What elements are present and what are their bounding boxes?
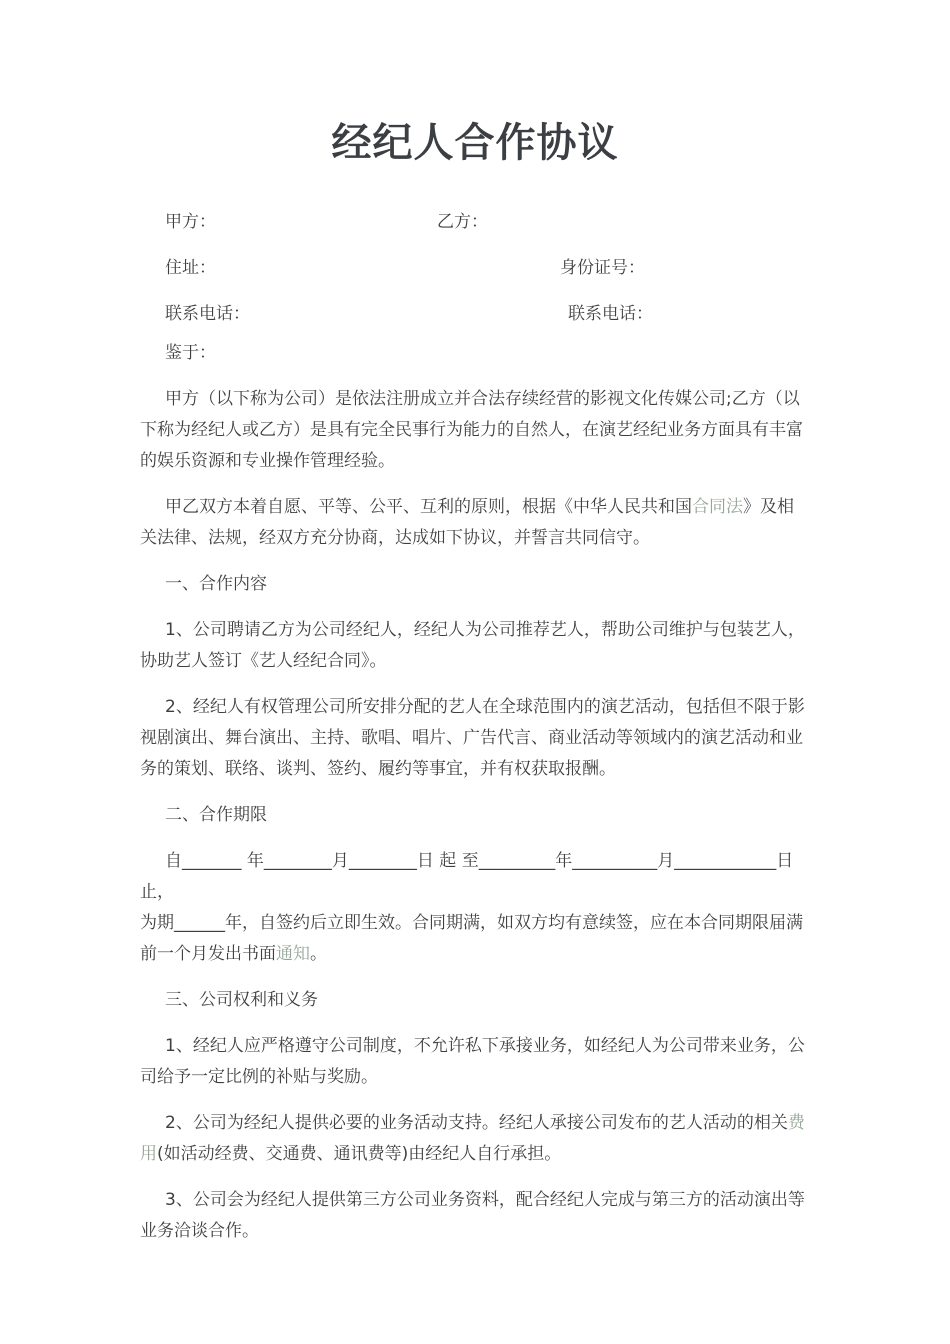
- phone-a-label: 联系电话：: [165, 299, 250, 324]
- section-3-item-3: 3、公司会为经纪人提供第三方公司业务资料，配合经纪人完成与第三方的活动演出等业务…: [140, 1185, 808, 1247]
- notice-keyword-link[interactable]: 通知: [276, 944, 310, 964]
- party-a-label: 甲方：: [165, 207, 216, 232]
- section-3-item-2: 2、公司为经纪人提供必要的业务活动支持。经纪人承接公司发布的艺人活动的相关费用(…: [140, 1108, 808, 1170]
- term-renewal-period: 。: [310, 944, 327, 964]
- phone-row: 联系电话： 联系电话：: [140, 290, 808, 336]
- term-dates-line: 自_______ 年________月________日 起 至________…: [140, 846, 808, 908]
- address-label: 住址：: [165, 253, 216, 278]
- id-number-label: 身份证号：: [560, 253, 645, 278]
- section-3-heading: 三、公司权利和义务: [140, 985, 808, 1016]
- term-renewal-line: 前一个月发出书面通知。: [140, 939, 808, 970]
- section-2-heading: 二、合作期限: [140, 800, 808, 831]
- section-1-item-2: 2、经纪人有权管理公司所安排分配的艺人在全球范围内的演艺活动，包括但不限于影视剧…: [140, 692, 808, 785]
- document-content: 甲方： 乙方： 住址： 身份证号： 联系电话： 联系电话： 鉴于： 甲方（以下称…: [0, 198, 950, 1247]
- section-1-item-1: 1、公司聘请乙方为公司经纪人，经纪人为公司推荐艺人，帮助公司维护与包装艺人，协助…: [140, 615, 808, 677]
- item-2-text-post: (如活动经费、交通费、通讯费等)由经纪人自行承担。: [157, 1144, 561, 1164]
- term-renewal-text: 前一个月发出书面: [140, 944, 276, 964]
- page-title: 经纪人合作协议: [0, 0, 950, 172]
- principles-text-pre: 甲乙双方本着自愿、平等、公平、互利的原则，根据《中华人民共和国: [165, 497, 692, 517]
- phone-b-label: 联系电话：: [568, 299, 653, 324]
- contract-law-keyword-link[interactable]: 合同法: [692, 497, 743, 517]
- address-id-row: 住址： 身份证号：: [140, 244, 808, 290]
- section-2-term-paragraph: 自_______ 年________月________日 起 至________…: [140, 846, 808, 970]
- term-duration-line: 为期______年，自签约后立即生效。合同期满，如双方均有意续签，应在本合同期限…: [140, 908, 808, 939]
- principles-paragraph: 甲乙双方本着自愿、平等、公平、互利的原则，根据《中华人民共和国合同法》及相关法律…: [140, 492, 808, 554]
- recital-paragraph: 甲方（以下称为公司）是依法注册成立并合法存续经营的影视文化传媒公司;乙方（以下称…: [140, 384, 808, 477]
- whereas-label: 鉴于：: [140, 338, 808, 369]
- section-3-item-1: 1、经纪人应严格遵守公司制度，不允许私下承接业务，如经纪人为公司带来业务，公司给…: [140, 1031, 808, 1093]
- party-info-block: 甲方： 乙方： 住址： 身份证号： 联系电话： 联系电话：: [140, 198, 808, 336]
- party-name-row: 甲方： 乙方：: [140, 198, 808, 244]
- item-2-text-pre: 2、公司为经纪人提供必要的业务活动支持。经纪人承接公司发布的艺人活动的相关: [165, 1113, 788, 1133]
- section-1-heading: 一、合作内容: [140, 569, 808, 600]
- document-page: 经纪人合作协议 甲方： 乙方： 住址： 身份证号： 联系电话： 联系电话： 鉴于…: [0, 0, 950, 1344]
- party-b-label: 乙方：: [437, 207, 488, 232]
